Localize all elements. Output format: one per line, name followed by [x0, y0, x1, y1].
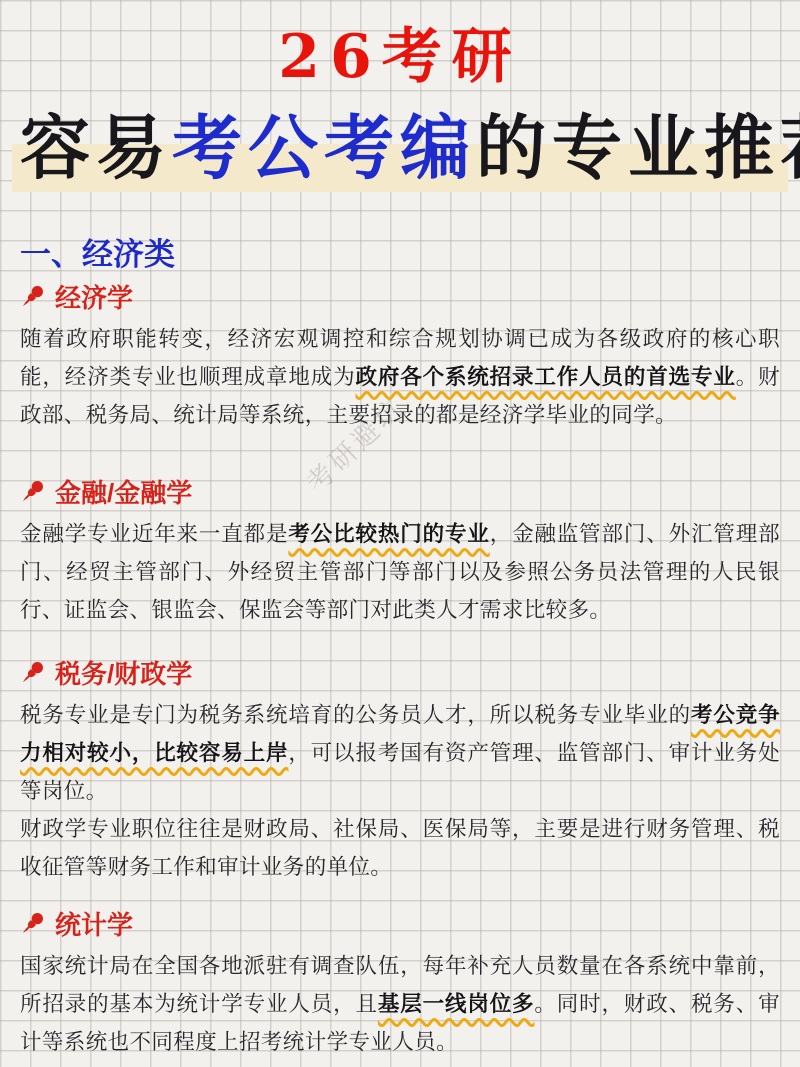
pushpin-icon [20, 659, 46, 685]
poster-page: 26考研 容易考公考编的专业推荐 考研避坑 一、经济类 经济学 随着政府职能转变… [0, 0, 800, 1067]
highlighted-phrase: 考公比较热门的专业 [288, 522, 489, 546]
topic-header-taxation: 税务/财政学 [20, 657, 780, 687]
text-run: 财政学专业职位往往是财政局、社保局、医保局等，主要是进行财务管理、税收征管等财务… [20, 817, 780, 879]
topic-header-statistics: 统计学 [20, 908, 780, 938]
highlighted-phrase: 基层一线岗位多 [378, 992, 535, 1016]
page-title: 容易考公考编的专业推荐 [20, 102, 780, 194]
topic-name: 经济学 [55, 278, 133, 315]
title-highlight-text: 考公考编 [172, 106, 476, 189]
topic-paragraph: 随着政府职能转变，经济宏观调控和综合规划协调已成为各级政府的核心职能，经济类专业… [20, 320, 780, 434]
text-run: 税务专业是专门为税务系统培育的公务员人才，所以税务专业毕业的 [20, 703, 691, 727]
title-suffix: 的专业推荐 [476, 106, 800, 189]
topic-name: 统计学 [55, 905, 133, 942]
topic-paragraph: 金融学专业近年来一直都是考公比较热门的专业，金融监管部门、外汇管理部门、经贸主管… [20, 515, 780, 629]
title-prefix: 容易 [20, 106, 172, 189]
topic-header-economics: 经济学 [20, 281, 780, 311]
category-heading: 一、经济类 [20, 238, 780, 271]
text-run: 金融学专业近年来一直都是 [20, 522, 288, 546]
topic-paragraph: 财政学专业职位往往是财政局、社保局、医保局等，主要是进行财务管理、税收征管等财务… [20, 810, 780, 886]
topic-header-finance: 金融/金融学 [20, 476, 780, 506]
pushpin-icon [20, 283, 46, 309]
topic-name: 税务/财政学 [55, 654, 192, 691]
pushpin-icon [20, 478, 46, 504]
topic-paragraph: 国家统计局在全国各地派驻有调查队伍，每年补充人员数量在各系统中靠前，所招录的基本… [20, 947, 780, 1061]
topic-paragraph: 税务专业是专门为税务系统培育的公务员人才，所以税务专业毕业的考公竞争力相对较小，… [20, 696, 780, 810]
topic-name: 金融/金融学 [55, 473, 192, 510]
highlighted-phrase: 政府各个系统招录工作人员的首选专业 [355, 365, 735, 389]
pushpin-icon [20, 910, 46, 936]
badge-title: 26考研 [20, 24, 780, 90]
